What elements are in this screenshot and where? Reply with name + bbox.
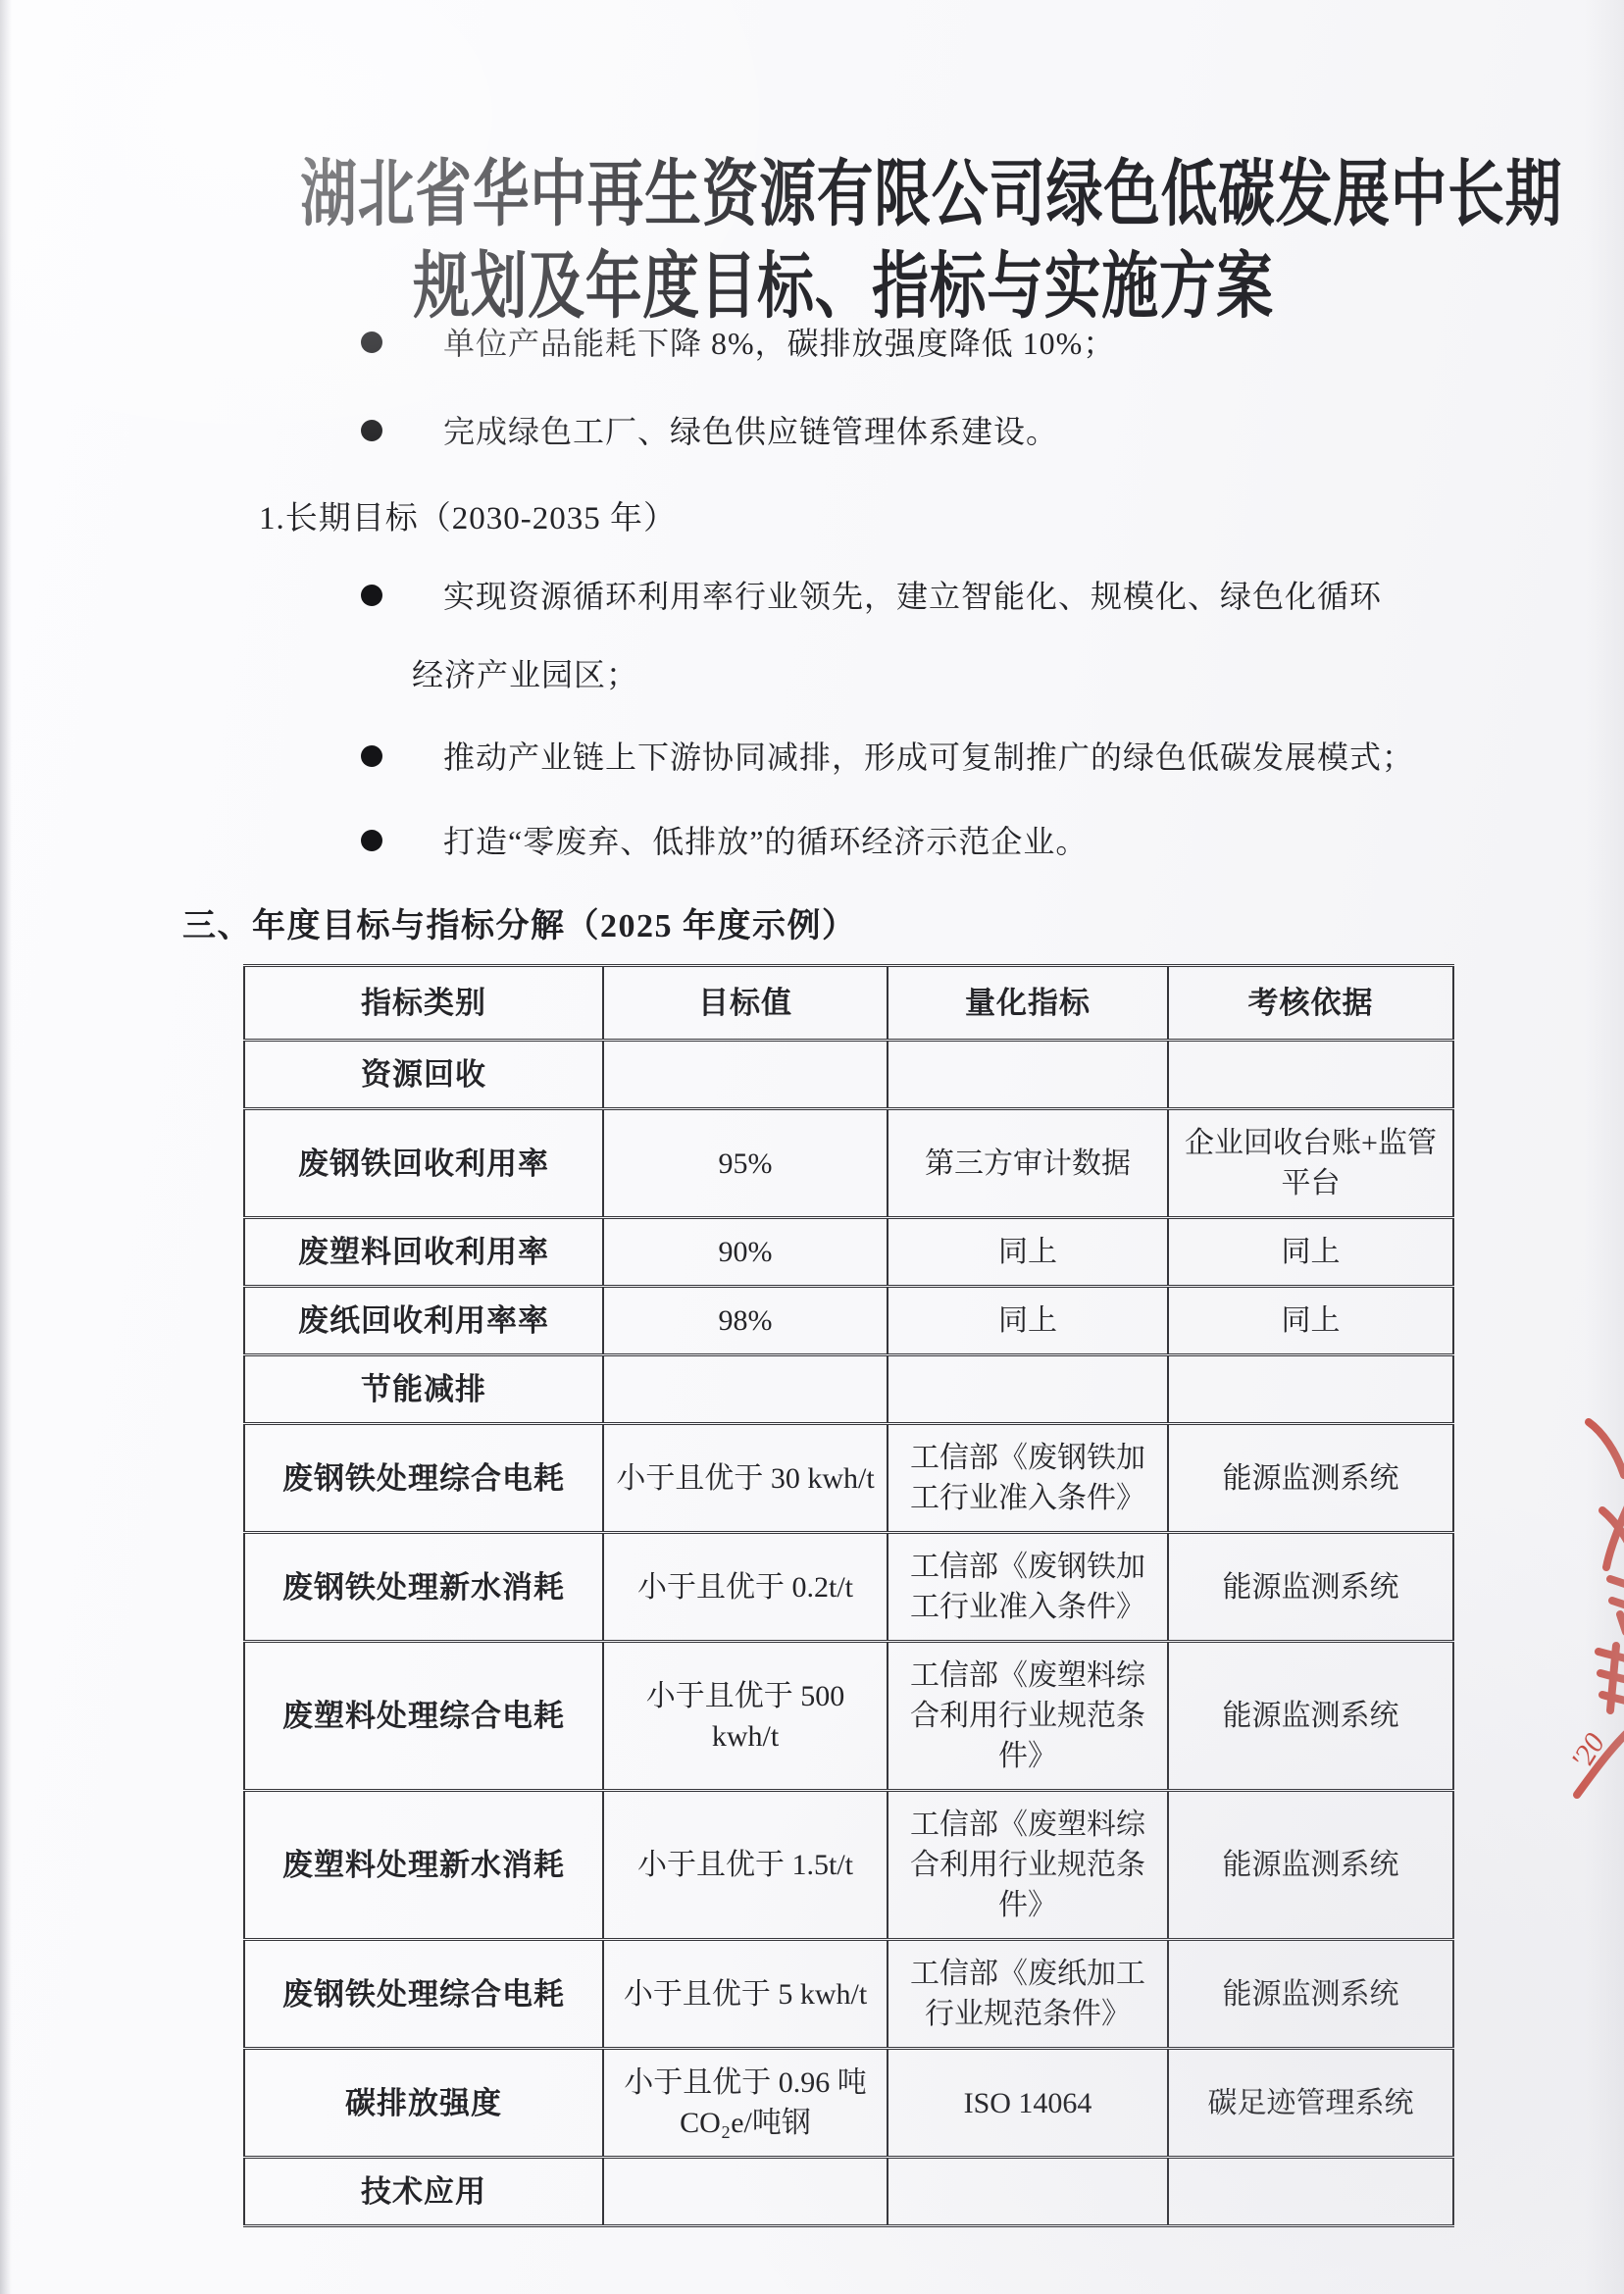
table-cell: 小于且优于 0.96 吨 CO₂e/吨钢: [603, 2049, 888, 2158]
indicator-table: 指标类别 目标值 量化指标 考核依据 资源回收废钢铁回收利用率95%第三方审计数…: [243, 964, 1454, 2227]
list-item-text: 完成绿色工厂、绿色供应链管理体系建设。: [443, 410, 1058, 453]
bullet-icon: [361, 830, 382, 851]
table-cell: 同上: [888, 1218, 1168, 1287]
list-item: 单位产品能耗下降 8%，碳排放强度降低 10%；: [361, 322, 1115, 365]
table-row: 节能减排: [244, 1355, 1453, 1424]
table-cell: 能源监测系统: [1168, 1642, 1453, 1791]
column-header-metric: 量化指标: [888, 966, 1168, 1041]
table-cell: 同上: [1168, 1287, 1453, 1355]
table-cell: 工信部《废塑料综合利用行业规范条件》: [888, 1791, 1168, 1940]
list-item: 推动产业链上下游协同减排，形成可复制推广的绿色低碳发展模式；: [361, 736, 1414, 779]
table-cell: 小于且优于 0.2t/t: [603, 1533, 888, 1642]
table-cell: 工信部《废塑料综合利用行业规范条件》: [888, 1642, 1168, 1791]
table-row: 技术应用: [244, 2158, 1453, 2226]
table-cell-category: 废塑料处理新水消耗: [244, 1791, 603, 1940]
page-title-line1: 湖北省华中再生资源有限公司绿色低碳发展中长期: [300, 149, 1387, 241]
list-item: 打造“零废弃、低排放”的循环经济示范企业。: [361, 820, 1088, 863]
table-cell: [888, 2158, 1168, 2226]
table-row: 废塑料处理综合电耗小于且优于 500 kwh/t工信部《废塑料综合利用行业规范条…: [244, 1642, 1453, 1791]
page-title-line2: 规划及年度目标、指标与实施方案: [300, 241, 1387, 333]
list-item: 完成绿色工厂、绿色供应链管理体系建设。: [361, 410, 1058, 453]
bullet-icon: [361, 420, 382, 441]
table-cell: [1168, 1355, 1453, 1424]
table-cell: 工信部《废钢铁加工行业准入条件》: [888, 1424, 1168, 1533]
list-item-line2: 经济产业园区；: [412, 653, 1382, 696]
table-cell: 企业回收台账+监管平台: [1168, 1109, 1453, 1218]
table-cell: 98%: [603, 1287, 888, 1355]
table-cell: 小于且优于 30 kwh/t: [603, 1424, 888, 1533]
table-row: 废塑料回收利用率90%同上同上: [244, 1218, 1453, 1287]
table-row: 废钢铁处理综合电耗小于且优于 30 kwh/t工信部《废钢铁加工行业准入条件》能…: [244, 1424, 1453, 1533]
table-cell-category: 废钢铁处理综合电耗: [244, 1940, 603, 2049]
red-ink-digits: '20: [1565, 1728, 1611, 1775]
indicator-table-body: 资源回收废钢铁回收利用率95%第三方审计数据企业回收台账+监管平台废塑料回收利用…: [244, 1041, 1453, 2226]
table-header-row: 指标类别 目标值 量化指标 考核依据: [244, 966, 1453, 1041]
table-cell: 碳足迹管理系统: [1168, 2049, 1453, 2158]
table-cell: 能源监测系统: [1168, 1940, 1453, 2049]
table-cell: [1168, 1041, 1453, 1109]
bullet-icon: [361, 745, 382, 767]
table-row: 碳排放强度小于且优于 0.96 吨 CO₂e/吨钢ISO 14064碳足迹管理系…: [244, 2049, 1453, 2158]
table-cell-category: 废钢铁处理新水消耗: [244, 1533, 603, 1642]
scan-edge-artifact: [0, 0, 12, 2294]
table-cell-category: 废塑料处理综合电耗: [244, 1642, 603, 1791]
table-cell: 小于且优于 1.5t/t: [603, 1791, 888, 1940]
table-row: 废纸回收利用率率98%同上同上: [244, 1287, 1453, 1355]
table-cell: [603, 2158, 888, 2226]
table-cell-category: 废塑料回收利用率: [244, 1218, 603, 1287]
table-cell: [888, 1355, 1168, 1424]
table-row: 废钢铁回收利用率95%第三方审计数据企业回收台账+监管平台: [244, 1109, 1453, 1218]
table-cell: 95%: [603, 1109, 888, 1218]
scanned-document-page: 湖北省华中再生资源有限公司绿色低碳发展中长期 规划及年度目标、指标与实施方案 单…: [0, 0, 1624, 2294]
column-header-basis: 考核依据: [1168, 966, 1453, 1041]
red-ink-annotation: '20: [1551, 1404, 1624, 1807]
table-cell: [1168, 2158, 1453, 2226]
table-cell: 同上: [888, 1287, 1168, 1355]
bullet-icon: [361, 331, 382, 353]
list-item-text: 实现资源循环利用率行业领先，建立智能化、规模化、绿色化循环经济产业园区；: [443, 575, 1382, 696]
table-cell: 能源监测系统: [1168, 1791, 1453, 1940]
column-header-target: 目标值: [603, 966, 888, 1041]
table-cell-category: 废钢铁处理综合电耗: [244, 1424, 603, 1533]
annual-goals-section-heading: 三、年度目标与指标分解（2025 年度示例）: [182, 898, 857, 946]
table-cell: [603, 1355, 888, 1424]
table-cell: 第三方审计数据: [888, 1109, 1168, 1218]
table-cell: 能源监测系统: [1168, 1424, 1453, 1533]
table-cell: [603, 1041, 888, 1109]
table-cell: 能源监测系统: [1168, 1533, 1453, 1642]
table-cell-category: 节能减排: [244, 1355, 603, 1424]
table-cell-category: 资源回收: [244, 1041, 603, 1109]
table-cell: 工信部《废钢铁加工行业准入条件》: [888, 1533, 1168, 1642]
table-cell: 90%: [603, 1218, 888, 1287]
list-item-text: 打造“零废弃、低排放”的循环经济示范企业。: [443, 820, 1088, 863]
table-cell-category: 废钢铁回收利用率: [244, 1109, 603, 1218]
table-cell: 同上: [1168, 1218, 1453, 1287]
table-cell: ISO 14064: [888, 2049, 1168, 2158]
column-header-category: 指标类别: [244, 966, 603, 1041]
page-title: 湖北省华中再生资源有限公司绿色低碳发展中长期 规划及年度目标、指标与实施方案: [147, 149, 1540, 333]
red-ink-strokes: '20: [1551, 1404, 1624, 1807]
list-item: 实现资源循环利用率行业领先，建立智能化、规模化、绿色化循环经济产业园区；: [361, 575, 1382, 696]
table-row: 废塑料处理新水消耗小于且优于 1.5t/t工信部《废塑料综合利用行业规范条件》能…: [244, 1791, 1453, 1940]
table-cell-category: 废纸回收利用率率: [244, 1287, 603, 1355]
bullet-icon: [361, 585, 382, 606]
table-cell-category: 技术应用: [244, 2158, 603, 2226]
table-cell: 小于且优于 5 kwh/t: [603, 1940, 888, 2049]
table-cell: [888, 1041, 1168, 1109]
long-term-goals-heading: 1.长期目标（2030-2035 年）: [259, 492, 677, 538]
table-cell: 工信部《废纸加工行业规范条件》: [888, 1940, 1168, 2049]
table-row: 废钢铁处理新水消耗小于且优于 0.2t/t工信部《废钢铁加工行业准入条件》能源监…: [244, 1533, 1453, 1642]
list-item-text: 推动产业链上下游协同减排，形成可复制推广的绿色低碳发展模式；: [443, 736, 1414, 779]
table-row: 资源回收: [244, 1041, 1453, 1109]
list-item-line1: 实现资源循环利用率行业领先，建立智能化、规模化、绿色化循环: [443, 579, 1382, 614]
list-item-text: 单位产品能耗下降 8%，碳排放强度降低 10%；: [443, 322, 1115, 365]
table-cell-category: 碳排放强度: [244, 2049, 603, 2158]
table-row: 废钢铁处理综合电耗小于且优于 5 kwh/t工信部《废纸加工行业规范条件》能源监…: [244, 1940, 1453, 2049]
table-cell: 小于且优于 500 kwh/t: [603, 1642, 888, 1791]
